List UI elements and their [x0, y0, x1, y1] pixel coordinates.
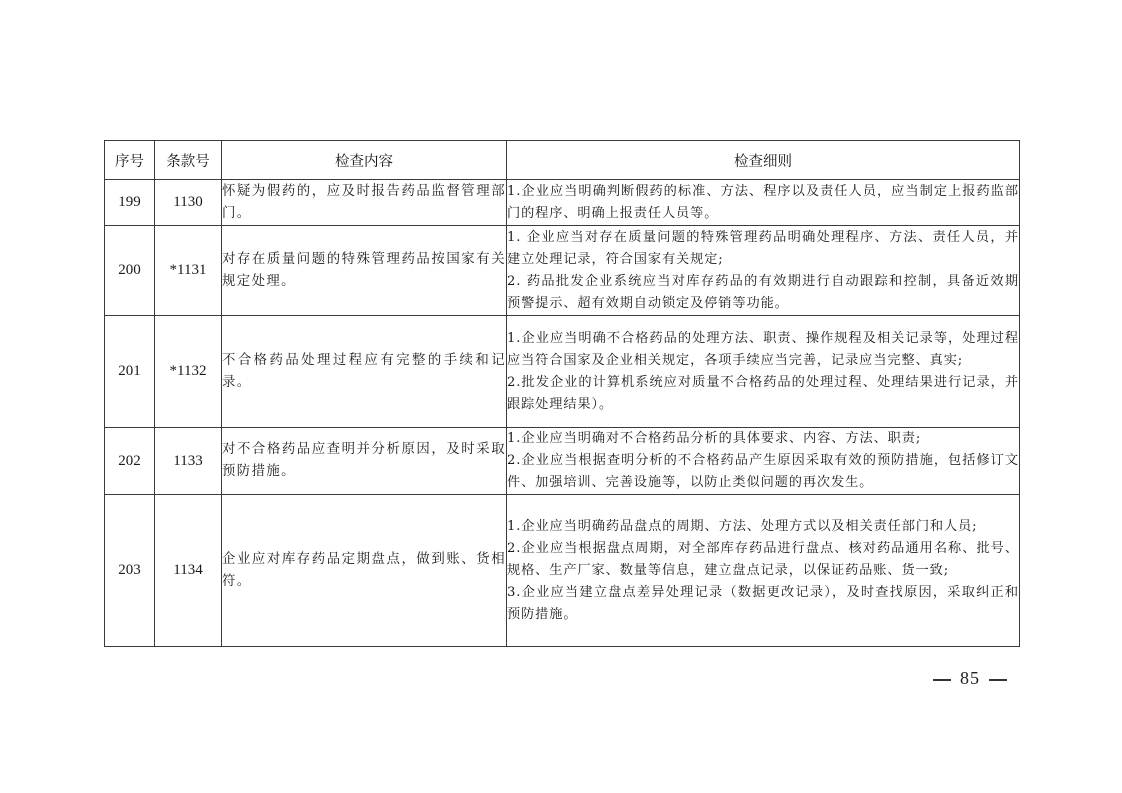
detail-item: 1.企业应当明确判断假药的标准、方法、程序以及责任人员，应当制定上报药监部门的程…: [507, 181, 1019, 225]
inspection-content: 不合格药品处理过程应有完整的手续和记录。: [222, 316, 507, 428]
serial-no: 199: [105, 180, 155, 226]
detail-item: 3.企业应当建立盘点差异处理记录（数据更改记录），及时查找原因，采取纠正和预防措…: [507, 582, 1019, 626]
page-number: 85: [924, 668, 1016, 689]
serial-no: 200: [105, 226, 155, 316]
dash-right-decoration: [989, 679, 1007, 680]
detail-item: 1.企业应当明确不合格药品的处理方法、职责、操作规程及相关记录等，处理过程应当符…: [507, 328, 1019, 372]
detail-item: 2. 药品批发企业系统应当对库存药品的有效期进行自动跟踪和控制，具备近效期预警提…: [507, 271, 1019, 315]
table-row: 201 *1132 不合格药品处理过程应有完整的手续和记录。 1.企业应当明确不…: [105, 316, 1020, 428]
inspection-content: 怀疑为假药的，应及时报告药品监督管理部门。: [222, 180, 507, 226]
serial-no: 203: [105, 495, 155, 647]
dash-left-decoration: [933, 679, 951, 680]
header-clause-no: 条款号: [155, 141, 222, 180]
clause-no: *1132: [155, 316, 222, 428]
inspection-details: 1.企业应当明确判断假药的标准、方法、程序以及责任人员，应当制定上报药监部门的程…: [507, 180, 1020, 226]
detail-item: 2.企业应当根据查明分析的不合格药品产生原因采取有效的预防措施，包括修订文件、加…: [507, 450, 1019, 494]
clause-no: 1134: [155, 495, 222, 647]
serial-no: 202: [105, 428, 155, 495]
clause-no: *1131: [155, 226, 222, 316]
table-row: 203 1134 企业应对库存药品定期盘点，做到账、货相符。 1.企业应当明确药…: [105, 495, 1020, 647]
clause-no: 1133: [155, 428, 222, 495]
table-header-row: 序号 条款号 检查内容 检查细则: [105, 141, 1020, 180]
document-page: 序号 条款号 检查内容 检查细则 199 1130 怀疑为假药的，应及时报告药品…: [0, 0, 1122, 793]
detail-item: 1.企业应当明确药品盘点的周期、方法、处理方式以及相关责任部门和人员;: [507, 516, 1019, 538]
inspection-details: 1.企业应当明确药品盘点的周期、方法、处理方式以及相关责任部门和人员; 2.企业…: [507, 495, 1020, 647]
table-row: 200 *1131 对存在质量问题的特殊管理药品按国家有关规定处理。 1. 企业…: [105, 226, 1020, 316]
inspection-details: 1.企业应当明确对不合格药品分析的具体要求、内容、方法、职责; 2.企业应当根据…: [507, 428, 1020, 495]
inspection-details: 1.企业应当明确不合格药品的处理方法、职责、操作规程及相关记录等，处理过程应当符…: [507, 316, 1020, 428]
serial-no: 201: [105, 316, 155, 428]
inspection-table: 序号 条款号 检查内容 检查细则 199 1130 怀疑为假药的，应及时报告药品…: [104, 140, 1020, 647]
detail-item: 2.企业应当根据盘点周期，对全部库存药品进行盘点、核对药品通用名称、批号、规格、…: [507, 538, 1019, 582]
header-serial-no: 序号: [105, 141, 155, 180]
inspection-content: 对存在质量问题的特殊管理药品按国家有关规定处理。: [222, 226, 507, 316]
header-inspection-details: 检查细则: [507, 141, 1020, 180]
detail-item: 1.企业应当明确对不合格药品分析的具体要求、内容、方法、职责;: [507, 428, 1019, 450]
detail-item: 2.批发企业的计算机系统应对质量不合格药品的处理过程、处理结果进行记录，并跟踪处…: [507, 372, 1019, 416]
table-row: 199 1130 怀疑为假药的，应及时报告药品监督管理部门。 1.企业应当明确判…: [105, 180, 1020, 226]
inspection-content: 对不合格药品应查明并分析原因，及时采取预防措施。: [222, 428, 507, 495]
detail-item: 1. 企业应当对存在质量问题的特殊管理药品明确处理程序、方法、责任人员，并建立处…: [507, 227, 1019, 271]
page-number-text: 85: [960, 668, 980, 688]
inspection-details: 1. 企业应当对存在质量问题的特殊管理药品明确处理程序、方法、责任人员，并建立处…: [507, 226, 1020, 316]
inspection-content: 企业应对库存药品定期盘点，做到账、货相符。: [222, 495, 507, 647]
header-inspection-content: 检查内容: [222, 141, 507, 180]
table-row: 202 1133 对不合格药品应查明并分析原因，及时采取预防措施。 1.企业应当…: [105, 428, 1020, 495]
clause-no: 1130: [155, 180, 222, 226]
